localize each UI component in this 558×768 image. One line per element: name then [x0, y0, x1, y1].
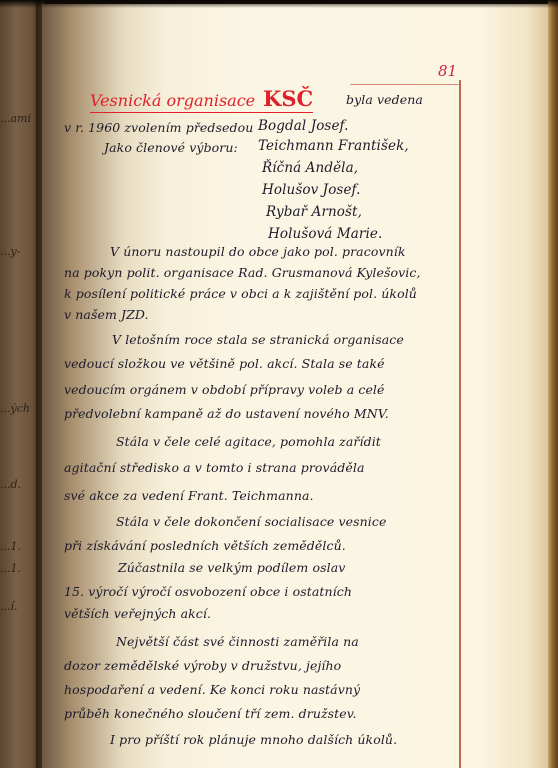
text-line: V únoru nastoupil do obce jako pol. prac…: [110, 244, 406, 259]
left-page-fragment: ...í.: [0, 600, 18, 613]
page-title: Vesnická organisaceKSČ: [90, 86, 313, 113]
page-number: 81: [438, 62, 457, 80]
text-line: Největší část své činnosti zaměřila na: [116, 634, 359, 649]
text-line: v našem JZD.: [64, 307, 149, 322]
committee-member: Teichmann František,: [258, 138, 409, 154]
text-line: předvolební kampaně až do ustavení novéh…: [64, 406, 389, 421]
left-page-fragment: ...ých: [0, 402, 30, 415]
committee-member: Rybař Arnošt,: [266, 204, 362, 220]
text-line: při získávání posledních větších zeměděl…: [64, 538, 346, 553]
left-page-fragment: ...y-: [0, 245, 20, 258]
committee-member: Holušov Josef.: [262, 182, 361, 198]
text-line: průběh konečného sloučení tří zem. družs…: [64, 706, 357, 721]
text-line: V letošním roce stala se stranická organ…: [112, 332, 404, 347]
margin-line: [459, 80, 461, 768]
text-line: 15. výročí výročí osvobození obce i osta…: [64, 584, 352, 599]
text-line: Jako členové výboru:: [104, 140, 238, 155]
committee-member: Holušová Marie.: [268, 226, 382, 242]
text-line: v r. 1960 zvolením předsedou: [64, 120, 253, 135]
text-line: k posílení politické práce v obci a k za…: [64, 286, 417, 301]
text-line: agitační středisko a v tomto i strana pr…: [64, 460, 365, 475]
right-page-edge: [548, 0, 558, 768]
left-page-fragment: ...ami: [0, 112, 31, 125]
text-line: na pokyn polit. organisace Rad. Grusmano…: [64, 265, 421, 280]
text-line: své akce za vedení Frant. Teichmanna.: [64, 488, 314, 503]
text-line: Zúčastnila se velkým podílem oslav: [118, 560, 345, 575]
text-line: hospodaření a vedení. Ke konci roku nast…: [64, 682, 360, 697]
text-line: I pro příští rok plánuje mnoho dalších ú…: [110, 732, 397, 747]
left-page-fragment: ...1.: [0, 540, 21, 553]
text-line: Stála v čele dokončení socialisace vesni…: [116, 514, 387, 529]
text-line: větších veřejných akcí.: [64, 606, 211, 621]
text-line: dozor zemědělské výroby v družstvu, její…: [64, 658, 341, 673]
title-abbreviation: KSČ: [263, 86, 313, 111]
text-line: vedoucím orgánem v období přípravy voleb…: [64, 382, 385, 397]
title-text: Vesnická organisace: [90, 91, 255, 110]
committee-member: Říčná Anděla,: [262, 160, 358, 176]
top-shadow: [0, 0, 558, 8]
top-rule: [350, 84, 460, 85]
chairman-name: Bogdal Josef.: [258, 118, 349, 134]
title-continuation: byla vedena: [346, 92, 423, 107]
left-page-fragment: ...d.: [0, 478, 21, 491]
text-line: Stála v čele celé agitace, pomohla zaříd…: [116, 434, 381, 449]
left-page-fragment: ...1.: [0, 562, 21, 575]
text-line: vedoucí složkou ve většině pol. akcí. St…: [64, 356, 385, 371]
